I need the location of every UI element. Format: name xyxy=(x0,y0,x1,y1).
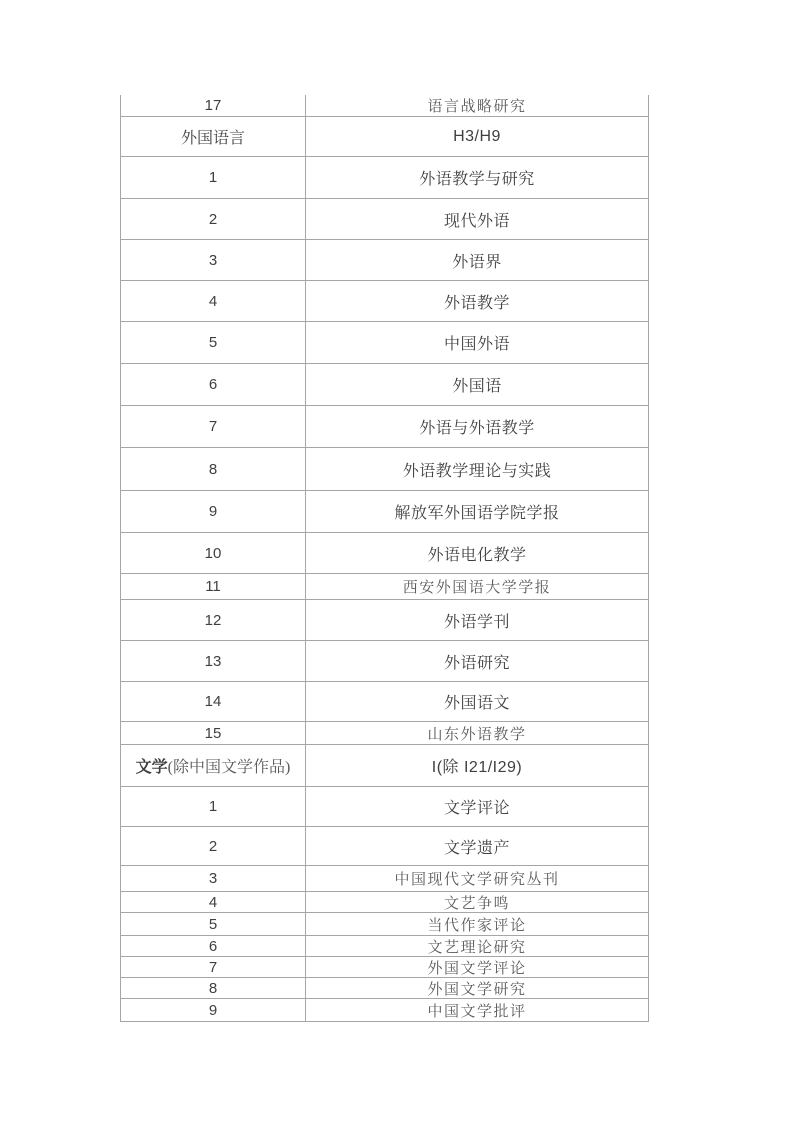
journal-name-cell: 山东外语教学 xyxy=(306,722,648,744)
index-cell: 11 xyxy=(121,574,306,599)
journals-table: 17语言战略研究外国语言H3/H91外语教学与研究2现代外语3外语界4外语教学5… xyxy=(120,95,649,1022)
table-row: 8外国文学研究 xyxy=(121,978,648,999)
index-cell: 4 xyxy=(121,281,306,321)
journal-name-cell: 文艺理论研究 xyxy=(306,936,648,956)
journal-name-cell: 文学评论 xyxy=(306,787,648,826)
index-cell: 9 xyxy=(121,999,306,1021)
table-row: 3外语界 xyxy=(121,240,648,281)
category-label-note: (除中国文学作品) xyxy=(168,754,291,777)
index-cell: 15 xyxy=(121,722,306,744)
journal-name-cell: 外语与外语教学 xyxy=(306,406,648,447)
class-code-cell: H3/H9 xyxy=(306,117,648,156)
index-cell: 4 xyxy=(121,892,306,912)
table-row: 5当代作家评论 xyxy=(121,913,648,936)
journal-name-cell: 文艺争鸣 xyxy=(306,892,648,912)
document-page: 17语言战略研究外国语言H3/H91外语教学与研究2现代外语3外语界4外语教学5… xyxy=(0,0,793,1122)
table-row: 7外语与外语教学 xyxy=(121,406,648,448)
class-code-cell: I(除 I21/I29) xyxy=(306,745,648,786)
journal-name-cell: 文学遗产 xyxy=(306,827,648,865)
table-row: 14外国语文 xyxy=(121,682,648,722)
table-row: 9解放军外国语学院学报 xyxy=(121,491,648,533)
table-row: 1文学评论 xyxy=(121,787,648,827)
table-row: 4文艺争鸣 xyxy=(121,892,648,913)
index-cell: 8 xyxy=(121,448,306,490)
table-row: 7外国文学评论 xyxy=(121,957,648,978)
index-cell: 7 xyxy=(121,957,306,977)
index-cell: 6 xyxy=(121,936,306,956)
table-row: 3中国现代文学研究丛刊 xyxy=(121,866,648,892)
journal-name-cell: 外国文学评论 xyxy=(306,957,648,977)
index-cell: 2 xyxy=(121,199,306,239)
table-row: 6文艺理论研究 xyxy=(121,936,648,957)
journal-name-cell: 外国文学研究 xyxy=(306,978,648,998)
index-cell: 1 xyxy=(121,787,306,826)
index-cell: 13 xyxy=(121,641,306,681)
index-cell: 3 xyxy=(121,866,306,891)
table-row: 8外语教学理论与实践 xyxy=(121,448,648,491)
category-cell: 文学(除中国文学作品) xyxy=(121,745,306,786)
journal-name-cell: 外语界 xyxy=(306,240,648,280)
index-cell: 9 xyxy=(121,491,306,532)
journal-name-cell: 外语研究 xyxy=(306,641,648,681)
table-row: 15山东外语教学 xyxy=(121,722,648,745)
journal-name-cell: 外语教学理论与实践 xyxy=(306,448,648,490)
category-label: 文学 xyxy=(136,754,168,777)
table-row: 9中国文学批评 xyxy=(121,999,648,1022)
index-cell: 7 xyxy=(121,406,306,447)
journal-name-cell: 外语学刊 xyxy=(306,600,648,640)
index-cell: 10 xyxy=(121,533,306,573)
journal-name-cell: 外语教学 xyxy=(306,281,648,321)
table-row: 17语言战略研究 xyxy=(121,95,648,117)
table-row: 12外语学刊 xyxy=(121,600,648,641)
journal-name-cell: 外语教学与研究 xyxy=(306,157,648,198)
table-row: 2现代外语 xyxy=(121,199,648,240)
journal-name-cell: 外国语文 xyxy=(306,682,648,721)
index-cell: 1 xyxy=(121,157,306,198)
index-cell: 14 xyxy=(121,682,306,721)
table-row: 10外语电化教学 xyxy=(121,533,648,574)
index-cell: 17 xyxy=(121,95,306,116)
table-row: 11西安外国语大学学报 xyxy=(121,574,648,600)
journal-name-cell: 语言战略研究 xyxy=(306,95,648,116)
index-cell: 8 xyxy=(121,978,306,998)
journal-name-cell: 当代作家评论 xyxy=(306,913,648,935)
index-cell: 2 xyxy=(121,827,306,865)
index-cell: 3 xyxy=(121,240,306,280)
table-row: 5中国外语 xyxy=(121,322,648,364)
table-row: 13外语研究 xyxy=(121,641,648,682)
index-cell: 5 xyxy=(121,913,306,935)
table-row: 1外语教学与研究 xyxy=(121,157,648,199)
journal-name-cell: 外国语 xyxy=(306,364,648,405)
journal-name-cell: 解放军外国语学院学报 xyxy=(306,491,648,532)
index-cell: 12 xyxy=(121,600,306,640)
index-cell: 5 xyxy=(121,322,306,363)
section-row: 文学(除中国文学作品)I(除 I21/I29) xyxy=(121,745,648,787)
journal-name-cell: 中国文学批评 xyxy=(306,999,648,1021)
journal-name-cell: 外语电化教学 xyxy=(306,533,648,573)
category-cell: 外国语言 xyxy=(121,117,306,156)
table-row: 4外语教学 xyxy=(121,281,648,322)
table-row: 6外国语 xyxy=(121,364,648,406)
journal-name-cell: 中国外语 xyxy=(306,322,648,363)
table-row: 2文学遗产 xyxy=(121,827,648,866)
journal-name-cell: 西安外国语大学学报 xyxy=(306,574,648,599)
section-row: 外国语言H3/H9 xyxy=(121,117,648,157)
journal-name-cell: 现代外语 xyxy=(306,199,648,239)
journal-name-cell: 中国现代文学研究丛刊 xyxy=(306,866,648,891)
index-cell: 6 xyxy=(121,364,306,405)
